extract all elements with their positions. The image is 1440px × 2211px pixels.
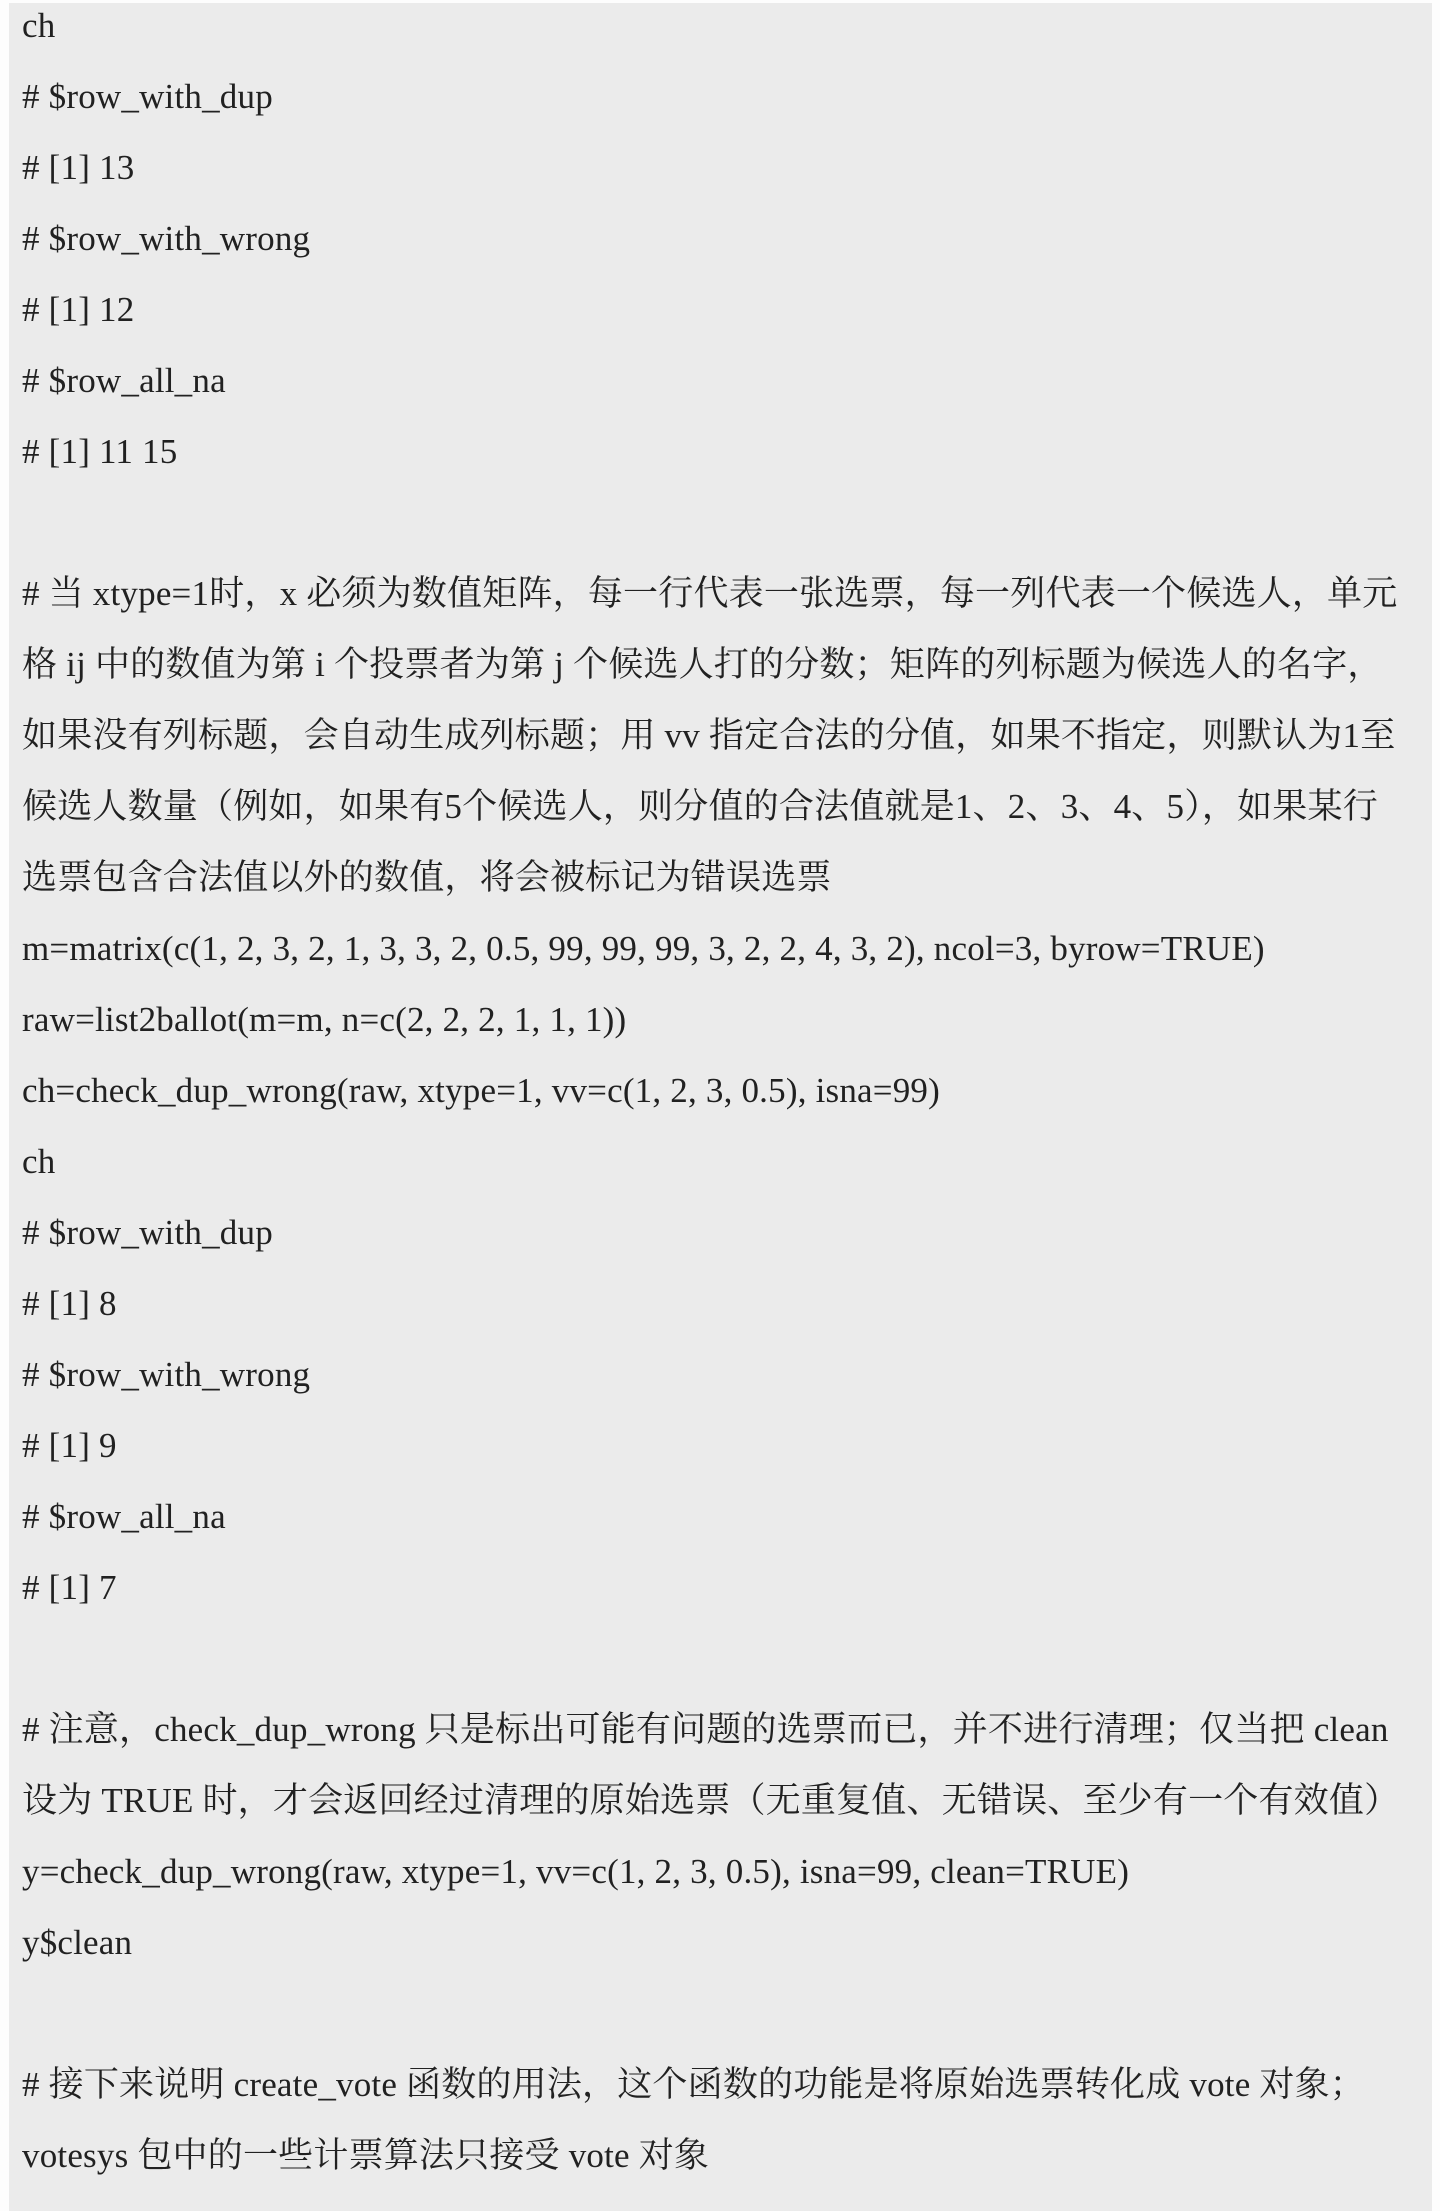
code-lines: ch# $row_with_dup# [1] 13# $row_with_wro…	[22, 3, 1418, 2191]
text-line: 如果没有列标题，会自动生成列标题；用 vv 指定合法的分值，如果不指定，则默认为…	[22, 700, 1418, 771]
text-line: # 注意，check_dup_wrong 只是标出可能有问题的选票而已，并不进行…	[22, 1694, 1418, 1765]
text-line: # $row_with_dup	[22, 1197, 1418, 1268]
text-line: # $row_all_na	[22, 345, 1418, 416]
code-block: ch# $row_with_dup# [1] 13# $row_with_wro…	[9, 3, 1432, 2211]
text-line: raw=list2ballot(m=m, n=c(2, 2, 2, 1, 1, …	[22, 984, 1418, 1055]
text-line: m=matrix(c(1, 2, 3, 2, 1, 3, 3, 2, 0.5, …	[22, 913, 1418, 984]
text-line: votesys 包中的一些计票算法只接受 vote 对象	[22, 2120, 1418, 2191]
text-line: # [1] 12	[22, 274, 1418, 345]
text-line: # $row_all_na	[22, 1481, 1418, 1552]
text-line: # [1] 11 15	[22, 416, 1418, 487]
text-line: ch	[22, 3, 1418, 61]
text-line: 格 ij 中的数值为第 i 个投票者为第 j 个候选人打的分数；矩阵的列标题为候…	[22, 629, 1418, 700]
text-line: # [1] 8	[22, 1268, 1418, 1339]
text-line: 候选人数量（例如，如果有5个候选人，则分值的合法值就是1、2、3、4、5），如果…	[22, 771, 1418, 842]
text-line: # $row_with_wrong	[22, 203, 1418, 274]
text-line: # $row_with_dup	[22, 61, 1418, 132]
blank-line	[22, 1978, 1418, 2049]
text-line: # $row_with_wrong	[22, 1339, 1418, 1410]
text-line: # [1] 13	[22, 132, 1418, 203]
text-line: # [1] 7	[22, 1552, 1418, 1623]
book-page: ch# $row_with_dup# [1] 13# $row_with_wro…	[0, 0, 1440, 2211]
blank-line	[22, 487, 1418, 558]
text-line: # [1] 9	[22, 1410, 1418, 1481]
text-line: y$clean	[22, 1907, 1418, 1978]
text-line: # 当 xtype=1时，x 必须为数值矩阵，每一行代表一张选票，每一列代表一个…	[22, 558, 1418, 629]
text-line: 设为 TRUE 时，才会返回经过清理的原始选票（无重复值、无错误、至少有一个有效…	[22, 1765, 1418, 1836]
text-line: y=check_dup_wrong(raw, xtype=1, vv=c(1, …	[22, 1836, 1418, 1907]
text-line: 选票包含合法值以外的数值，将会被标记为错误选票	[22, 842, 1418, 913]
text-line: ch=check_dup_wrong(raw, xtype=1, vv=c(1,…	[22, 1055, 1418, 1126]
blank-line	[22, 1623, 1418, 1694]
text-line: ch	[22, 1126, 1418, 1197]
text-line: # 接下来说明 create_vote 函数的用法，这个函数的功能是将原始选票转…	[22, 2049, 1418, 2120]
